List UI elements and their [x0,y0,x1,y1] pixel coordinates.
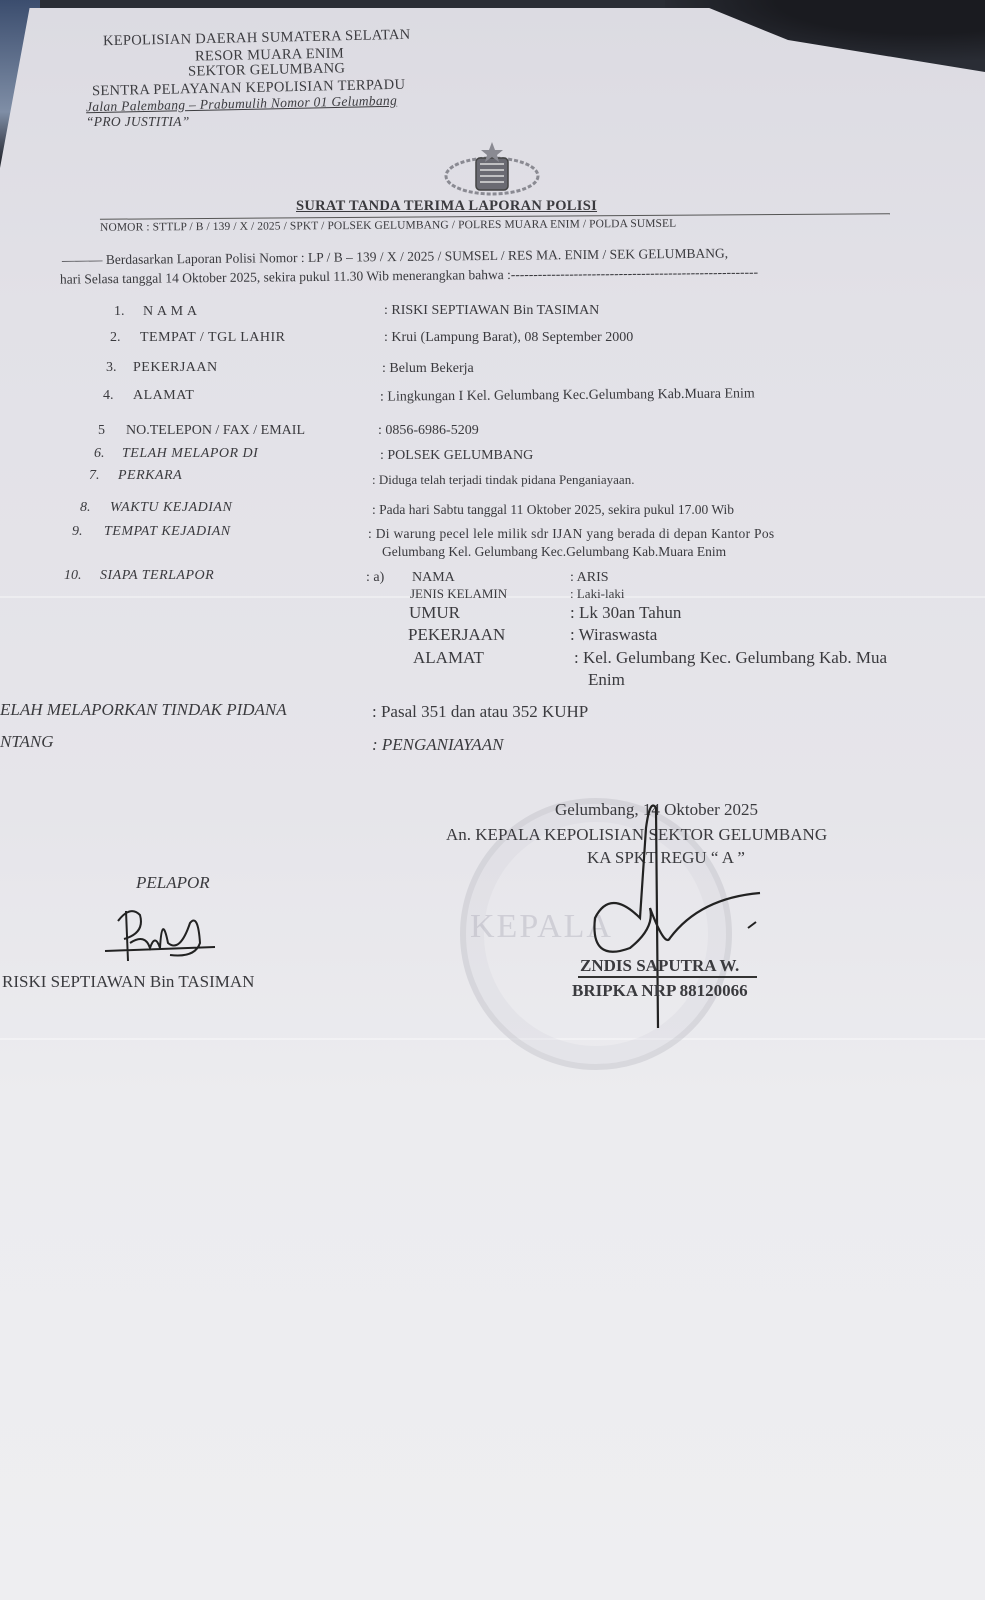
police-emblem-icon [440,140,545,200]
terlapor-label-nama: NAMA [412,570,455,586]
field-label-waktu: WAKTU KEJADIAN [110,500,232,516]
field-value-tempat-2: Gelumbang Kel. Gelumbang Kec.Gelumbang K… [382,544,726,560]
field-num: 9. [72,524,83,540]
terlapor-label-alamat: ALAMAT [413,648,484,668]
field-num: 3. [106,360,117,376]
field-label-terlapor: SIAPA TERLAPOR [100,568,214,584]
reporter-name: RISKI SEPTIAWAN Bin TASIMAN [2,972,254,992]
field-num: 8. [80,500,91,516]
field-num: 2. [110,330,121,346]
field-value-alamat: : Lingkungan I Kel. Gelumbang Kec.Gelumb… [380,386,755,405]
field-value-tempat: : Di warung pecel lele milik sdr IJAN ya… [368,526,774,542]
field-label-nama: N A M A [143,304,197,320]
field-label-alamat: ALAMAT [133,388,194,404]
field-num: 7. [89,468,100,484]
header-motto: “PRO JUSTITIA” [86,114,190,130]
terlapor-value-pekerjaan: : Wiraswasta [570,625,657,645]
field-value-terlapor: : a) [366,570,384,586]
terlapor-label-umur: UMUR [409,603,460,623]
field-value-waktu: : Pada hari Sabtu tanggal 11 Oktober 202… [372,502,734,518]
field-value-telepon: : 0856-6986-5209 [378,423,479,439]
tentang-label: NTANG [0,732,54,752]
field-value-pekerjaan: : Belum Bekerja [382,361,474,377]
field-label-ttl: TEMPAT / TGL LAHIR [140,330,286,346]
field-label-melapor: TELAH MELAPOR DI [122,446,258,462]
field-label-telepon: NO.TELEPON / FAX / EMAIL [126,423,305,439]
reporter-signature-icon [100,903,220,973]
field-num: 5 [98,423,105,439]
field-label-pekerjaan: PEKERJAAN [133,360,218,376]
terlapor-label-pekerjaan: PEKERJAAN [408,625,505,645]
terlapor-value-alamat-2: Enim [588,670,625,690]
terlapor-label-kelamin: JENIS KELAMIN [410,586,507,602]
field-num: 6. [94,446,105,462]
field-value-melapor: : POLSEK GELUMBANG [380,448,533,464]
document-title: SURAT TANDA TERIMA LAPORAN POLISI [296,198,597,215]
document-number: NOMOR : STTLP / B / 139 / X / 2025 / SPK… [100,213,890,234]
field-num: 4. [103,388,114,404]
field-value-ttl: : Krui (Lampung Barat), 08 September 200… [384,330,633,346]
field-label-tempat: TEMPAT KEJADIAN [104,524,231,540]
officer-rank-nrp: BRIPKA NRP 88120066 [572,981,748,1001]
field-label-perkara: PERKARA [118,468,182,484]
field-value-perkara: : Diduga telah terjadi tindak pidana Pen… [372,472,634,488]
intro-line-2: hari Selasa tanggal 14 Oktober 2025, sek… [60,264,758,287]
paper-crease [0,1038,985,1040]
terlapor-value-nama: : ARIS [570,570,609,586]
field-num: 10. [64,568,82,584]
tentang-value: : PENGANIAYAAN [372,735,504,755]
terlapor-value-kelamin: : Laki-laki [570,586,625,602]
document-page: KEPOLISIAN DAERAH SUMATERA SELATAN RESOR… [0,8,985,1600]
pidana-value: : Pasal 351 dan atau 352 KUHP [372,702,588,722]
terlapor-value-alamat: : Kel. Gelumbang Kec. Gelumbang Kab. Mua [574,648,887,668]
pidana-label: ELAH MELAPORKAN TINDAK PIDANA [0,700,287,720]
reporter-role: PELAPOR [136,873,210,893]
officer-name: ZNDIS SAPUTRA W. [578,956,757,978]
field-num: 1. [114,304,125,320]
field-value-nama: : RISKI SEPTIAWAN Bin TASIMAN [384,303,599,319]
terlapor-value-umur: : Lk 30an Tahun [570,603,681,623]
